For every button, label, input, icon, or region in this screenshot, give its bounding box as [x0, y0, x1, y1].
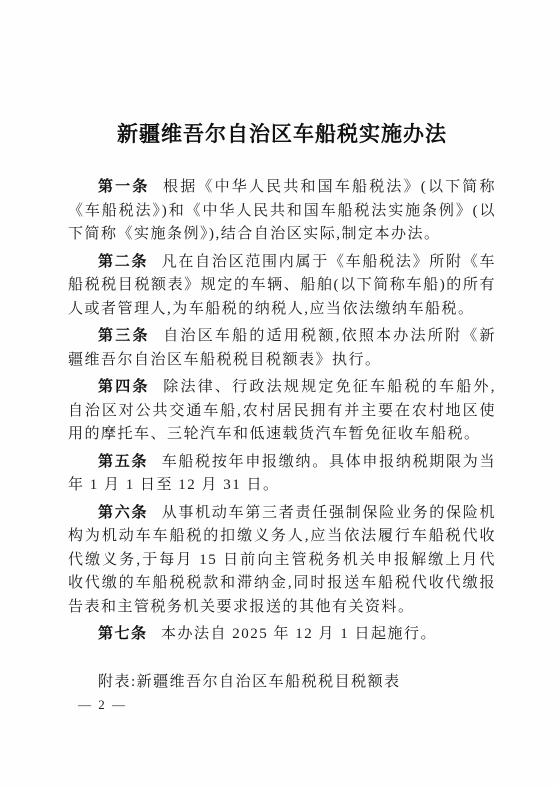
article-paragraph-4: 第四条除法律、行政法规规定免征车船税的车船外,自治区对公共交通车船,农村居民拥有…	[68, 376, 496, 447]
article-label-1: 第一条	[98, 179, 150, 195]
article-label-6: 第六条	[98, 505, 148, 521]
article-paragraph-2: 第二条凡在自治区范围内属于《车船税法》所附《车船税税目税额表》规定的车辆、船舶(…	[68, 251, 496, 322]
article-paragraph-5: 第五条车船税按年申报缴纳。具体申报纳税期限为当年 1 月 1 日至 12 月 3…	[68, 451, 496, 498]
article-text-7: 本办法自 2025 年 12 月 1 日起施行。	[161, 626, 437, 642]
article-label-7: 第七条	[98, 626, 148, 642]
appendix-note: 附表:新疆维吾尔自治区车船税税目税额表	[68, 671, 496, 695]
article-label-3: 第三条	[98, 328, 150, 344]
article-paragraph-3: 第三条自治区车船的适用税额,依照本办法所附《新疆维吾尔自治区车船税税目税额表》执…	[68, 325, 496, 372]
article-label-5: 第五条	[98, 454, 148, 470]
article-label-2: 第二条	[98, 254, 148, 270]
document-page: 新疆维吾尔自治区车船税实施办法 第一条根据《中华人民共和国车船税法》(以下简称《…	[0, 0, 558, 787]
article-text-6: 从事机动车第三者责任强制保险业务的保险机构为机动车车船税的扣缴义务人,应当依法履…	[68, 505, 496, 615]
article-label-4: 第四条	[98, 379, 150, 395]
article-paragraph-1: 第一条根据《中华人民共和国车船税法》(以下简称《车船税法》)和《中华人民共和国车…	[68, 176, 496, 247]
document-title: 新疆维吾尔自治区车船税实施办法	[68, 118, 496, 150]
page-number: — 2 —	[78, 697, 496, 713]
article-paragraph-7: 第七条本办法自 2025 年 12 月 1 日起施行。	[68, 623, 496, 647]
article-paragraph-6: 第六条从事机动车第三者责任强制保险业务的保险机构为机动车车船税的扣缴义务人,应当…	[68, 502, 496, 620]
